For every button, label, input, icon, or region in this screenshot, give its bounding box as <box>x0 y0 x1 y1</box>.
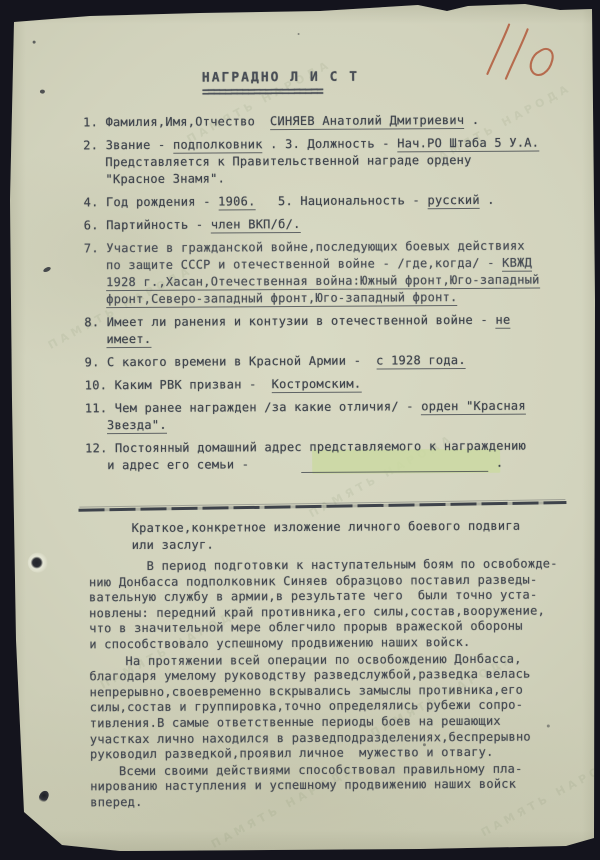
typed-text: и способствовало успешному продвижению н… <box>89 635 470 651</box>
typed-text: фронт,Северо-западный фронт,Юго-западный… <box>106 290 457 308</box>
typed-text: 7. Участие в гражданской войне,последующ… <box>84 239 525 256</box>
form-field: 8. Имеет ли ранения и контузии в отечест… <box>84 311 562 348</box>
typed-text: КВЖД <box>502 256 532 272</box>
typed-text: 4. Год рождения - <box>84 194 219 209</box>
typed-text: орден "Красная <box>421 399 526 416</box>
typed-text <box>302 456 489 473</box>
typed-line: 11. Чем ранее награжден /за какие отличи… <box>85 397 563 417</box>
ink-speck <box>547 724 550 727</box>
summary-heading: Краткое,конкретное изложение личного бое… <box>132 517 562 554</box>
fields-section: 1. Фамилия,Имя,Отчество СИНЯЕВ Анатолий … <box>83 111 563 480</box>
typed-line: 9. С какого времени в Красной Армии - с … <box>85 351 563 371</box>
typed-line: Краткое,конкретное изложение личного бое… <box>132 517 562 537</box>
citation-paragraph: В период подготовки к наступательным боя… <box>89 556 560 652</box>
typed-text: "Красное Знамя". <box>105 171 225 186</box>
form-field: 11. Чем ранее награжден /за какие отличи… <box>85 397 563 434</box>
typed-text: новлены: передний край противника,его си… <box>89 603 545 620</box>
typed-text: Звезда". <box>107 418 167 434</box>
citation-section: В период подготовки к наступательным боя… <box>89 556 561 811</box>
typed-line: "Красное Знамя". <box>83 168 561 188</box>
typed-text: 6. Партийность - <box>84 218 211 233</box>
form-field: 2. Звание - подполковник . 3. Должность … <box>83 134 561 188</box>
typed-text: 5. Национальность - <box>255 193 427 208</box>
typed-text: подполковник <box>173 137 263 154</box>
typed-text: вательную службу в армии,в результате че… <box>89 588 538 605</box>
document-page: ПАМЯТЬ НАРОДА ПАМЯТЬ НАРОДА ПАМЯТЬ НАРОД… <box>0 0 600 860</box>
typed-text: В период подготовки к наступательным боя… <box>147 556 558 573</box>
typed-text: Нач.РО Штаба 5 У.А. <box>397 136 539 153</box>
typed-text: руководил разведкой,проявил личное мужес… <box>90 745 494 761</box>
typed-text: член ВКП/б/. <box>211 217 301 234</box>
form-field: 6. Партийность - член ВКП/б/. <box>84 214 562 234</box>
typed-text: вперед. <box>90 795 142 809</box>
typed-text: Представляется к Правительственной награ… <box>105 153 471 169</box>
form-field: 1. Фамилия,Имя,Отчество СИНЯЕВ Анатолий … <box>83 111 561 131</box>
typed-line: 8. Имеет ли ранения и контузии в отечест… <box>84 311 562 331</box>
typed-line: 6. Партийность - член ВКП/б/. <box>84 214 562 234</box>
typed-text: 1. Фамилия,Имя,Отчество <box>83 114 270 129</box>
punch-hole <box>28 553 48 573</box>
typed-line: или заслуг. <box>132 534 562 554</box>
ink-speck <box>33 41 36 44</box>
citation-paragraph: На протяжении всей операции по освобожде… <box>89 651 560 763</box>
ink-speck <box>298 33 300 35</box>
typed-line: что в значительной мере облегчило прорыв… <box>89 619 559 637</box>
typed-text: . <box>480 193 495 207</box>
typed-line: 2. Звание - подполковник . 3. Должность … <box>83 134 561 154</box>
typed-text: . 3. Должность - <box>263 136 398 151</box>
typed-text: Всеми своими действиями способствовал пр… <box>119 761 523 777</box>
typed-text: силы,состав и группировка,точно определя… <box>90 698 524 715</box>
ink-speck <box>423 743 426 746</box>
typed-text: нию Донбасса подполковник Синяев образцо… <box>89 572 538 589</box>
typed-line: фронт,Северо-западный фронт,Юго-западный… <box>84 288 562 308</box>
typed-line: 1928 г.,Хасан,Отечественная война:Южный … <box>84 271 562 291</box>
ink-speck <box>40 90 45 94</box>
form-field: 10. Каким РВК призван - Костромским. <box>85 374 563 394</box>
typed-text: 2. Звание - <box>83 138 173 153</box>
typed-line: Звезда". <box>85 414 563 434</box>
typed-text: и адрес его семьи - <box>107 457 301 472</box>
typed-text: не <box>495 313 510 329</box>
typed-line: нированию наступления и успешному продви… <box>90 777 560 795</box>
ink-speck <box>43 266 52 273</box>
page-number-annotation <box>475 14 565 95</box>
typed-text: русский <box>427 193 479 209</box>
typed-text: 10. Каким РВК призван - <box>85 377 272 392</box>
typed-text: . <box>488 456 503 470</box>
typed-text: имеет. <box>106 332 151 348</box>
typed-text: 12. Постоянный домашний адрес представля… <box>85 439 526 456</box>
typed-text: или заслуг. <box>132 538 214 553</box>
typed-text: СИНЯЕВ Анатолий Дмитриевич <box>270 113 464 130</box>
typed-line: вперед. <box>90 792 560 810</box>
typed-text: 9. С какого времени в Красной Армии - <box>85 354 377 370</box>
typed-line: имеет. <box>84 328 562 348</box>
form-field: 7. Участие в гражданской войне,последующ… <box>84 237 562 308</box>
punch-hole <box>38 789 50 803</box>
typed-text: по защите СССР и отечественной войне - /… <box>106 256 502 272</box>
typed-text: Краткое,конкретное изложение личного бое… <box>132 519 521 535</box>
typed-text: 11. Чем ранее награжден /за какие отличи… <box>85 399 421 415</box>
typed-line: 4. Год рождения - 1906. 5. Национальност… <box>84 191 562 211</box>
title-block: НАГРАДНО Л И С Т ===================== <box>202 70 359 94</box>
citation-paragraph: Всеми своими действиями способствовал пр… <box>90 761 560 811</box>
typed-text: . <box>464 113 479 127</box>
title-underline: ===================== <box>202 85 359 98</box>
typed-text: участках лично находился в разведподразд… <box>90 729 531 746</box>
form-field: 4. Год рождения - 1906. 5. Национальност… <box>84 191 562 211</box>
typed-text: тивления.В самые ответственные периоды б… <box>90 714 501 731</box>
typed-text: что в значительной мере облегчило прорыв… <box>89 619 523 636</box>
typed-text: благодаря умелому руководству разведслуж… <box>89 667 530 684</box>
form-field: 12. Постоянный домашний адрес представля… <box>85 437 563 474</box>
typed-line: 10. Каким РВК призван - Костромским. <box>85 374 563 394</box>
typed-text: 8. Имеет ли ранения и контузии в отечест… <box>84 313 495 330</box>
document-content: ПАМЯТЬ НАРОДА ПАМЯТЬ НАРОДА ПАМЯТЬ НАРОД… <box>0 0 600 860</box>
typed-text: непрерывно,своевременно вскрывались замы… <box>90 682 524 699</box>
typed-text: 1906. <box>218 194 255 210</box>
typed-line: 1. Фамилия,Имя,Отчество СИНЯЕВ Анатолий … <box>83 111 561 131</box>
typed-text: На протяжении всей операции по освобожде… <box>125 651 521 667</box>
typed-text: 1928 г.,Хасан,Отечественная война:Южный … <box>106 273 540 292</box>
typed-text: нированию наступления и успешному продви… <box>90 777 516 794</box>
form-field: 9. С какого времени в Красной Армии - с … <box>85 351 563 371</box>
typed-line: руководил разведкой,проявил личное мужес… <box>90 745 560 763</box>
typed-line: и адрес его семьи - . <box>85 454 563 474</box>
typed-text: с 1928 года. <box>376 353 466 370</box>
typed-line: и способствовало успешному продвижению н… <box>89 634 559 652</box>
typed-text: Костромским. <box>272 377 362 394</box>
